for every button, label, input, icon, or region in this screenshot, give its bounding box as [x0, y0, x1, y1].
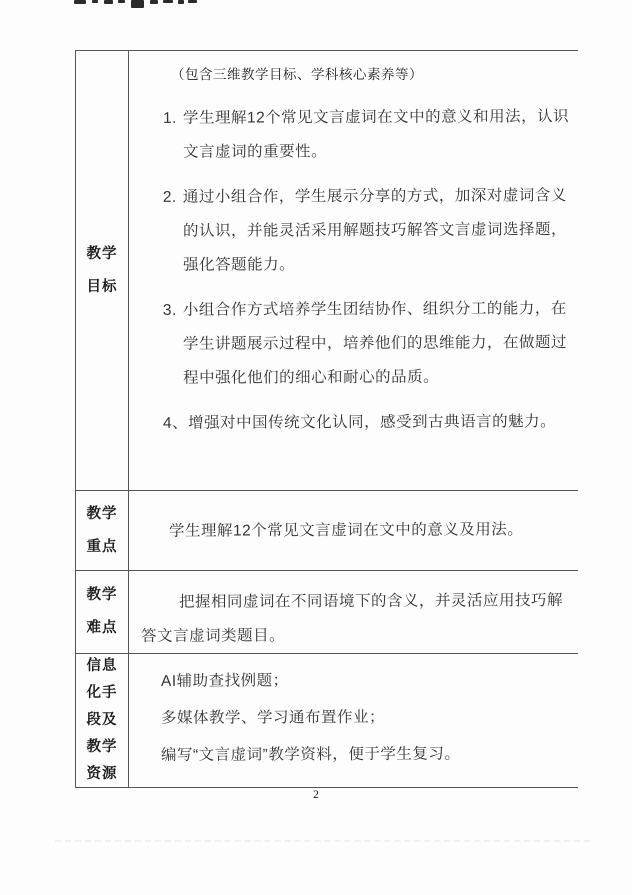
it-means-resources-content: AI辅助查找例题； 多媒体教学、学习通布置作业； 编写“文言虚词”教学资料，便于… — [129, 654, 578, 787]
item-text: 增强对中国传统文化认同，感受到古典语言的魅力。 — [188, 405, 572, 441]
label-teaching-objectives: 教学 目标 — [76, 51, 129, 490]
label-line: 重点 — [87, 531, 118, 564]
label-line: 段及 — [87, 707, 118, 734]
lesson-plan-table: 教学 目标 （包含三维教学目标、学科核心素养等） 1. 学生理解12个常见文言虚… — [75, 50, 578, 788]
label-line: 化手 — [87, 680, 118, 707]
objective-item-4: 4、 增强对中国传统文化认同，感受到古典语言的魅力。 — [163, 405, 572, 441]
item-number: 2. — [163, 181, 183, 215]
label-line: 教学 — [87, 238, 118, 271]
header-note: （包含三维教学目标、学科核心素养等） — [163, 51, 572, 83]
page-number: 2 — [0, 789, 632, 801]
item-text: 通过小组合作，学生展示分享的方式，加深对虚词含义的认识，并能灵活采用解题技巧解答… — [183, 179, 572, 283]
resource-line-3: 编写“文言虚词”教学资料，便于学生复习。 — [161, 735, 572, 774]
label-line: 难点 — [87, 612, 118, 645]
teaching-difficulties-content: 把握相同虚词在不同语境下的含义，并灵活应用技巧解答文言虚词类题目。 — [129, 571, 578, 653]
item-number: 1. — [163, 102, 183, 136]
difficulties-text: 把握相同虚词在不同语境下的含义，并灵活应用技巧解答文言虚词类题目。 — [141, 584, 572, 654]
row-teaching-difficulties: 教学 难点 把握相同虚词在不同语境下的含义，并灵活应用技巧解答文言虚词类题目。 — [76, 571, 578, 654]
label-line: 信息 — [87, 653, 118, 680]
label-line: 资源 — [87, 761, 118, 788]
row-teaching-objectives: 教学 目标 （包含三维教学目标、学科核心素养等） 1. 学生理解12个常见文言虚… — [76, 51, 578, 491]
scan-artifact-line — [55, 840, 590, 842]
label-teaching-difficulties: 教学 难点 — [76, 571, 129, 653]
teaching-objectives-content: （包含三维教学目标、学科核心素养等） 1. 学生理解12个常见文言虚词在文中的意… — [129, 51, 578, 490]
resource-line-2: 多媒体教学、学习通布置作业； — [161, 698, 572, 737]
objective-item-1: 1. 学生理解12个常见文言虚词在文中的意义和用法，认识文言虚词的重要性。 — [163, 100, 572, 170]
objective-item-2: 2. 通过小组合作，学生展示分享的方式，加深对虚词含义的认识，并能灵活采用解题技… — [163, 179, 572, 283]
label-line: 教学 — [87, 734, 118, 761]
label-line: 教学 — [87, 498, 118, 531]
label-line: 目标 — [87, 271, 118, 304]
row-teaching-key-points: 教学 重点 学生理解12个常见文言虚词在文中的意义及用法。 — [76, 491, 578, 571]
row-it-means-resources: 信息 化手 段及 教学 资源 AI辅助查找例题； 多媒体教学、学习通布置作业； … — [76, 654, 578, 788]
label-teaching-key-points: 教学 重点 — [76, 491, 129, 570]
cutoff-handwriting-fragments — [0, 0, 632, 9]
item-text: 小组合作方式培养学生团结协作、组织分工的能力，在学生讲题展示过程中，培养他们的思… — [183, 292, 572, 396]
key-points-text: 学生理解12个常见文言虚词在文中的意义及用法。 — [141, 517, 572, 545]
item-text: 学生理解12个常见文言虚词在文中的意义和用法，认识文言虚词的重要性。 — [183, 100, 572, 170]
resource-line-1: AI辅助查找例题； — [161, 661, 572, 700]
label-it-means-resources: 信息 化手 段及 教学 资源 — [76, 654, 129, 787]
item-number: 4、 — [163, 407, 188, 441]
item-number: 3. — [163, 294, 183, 328]
teaching-key-points-content: 学生理解12个常见文言虚词在文中的意义及用法。 — [129, 491, 578, 570]
objective-item-3: 3. 小组合作方式培养学生团结协作、组织分工的能力，在学生讲题展示过程中，培养他… — [163, 292, 572, 396]
label-line: 教学 — [87, 579, 118, 612]
